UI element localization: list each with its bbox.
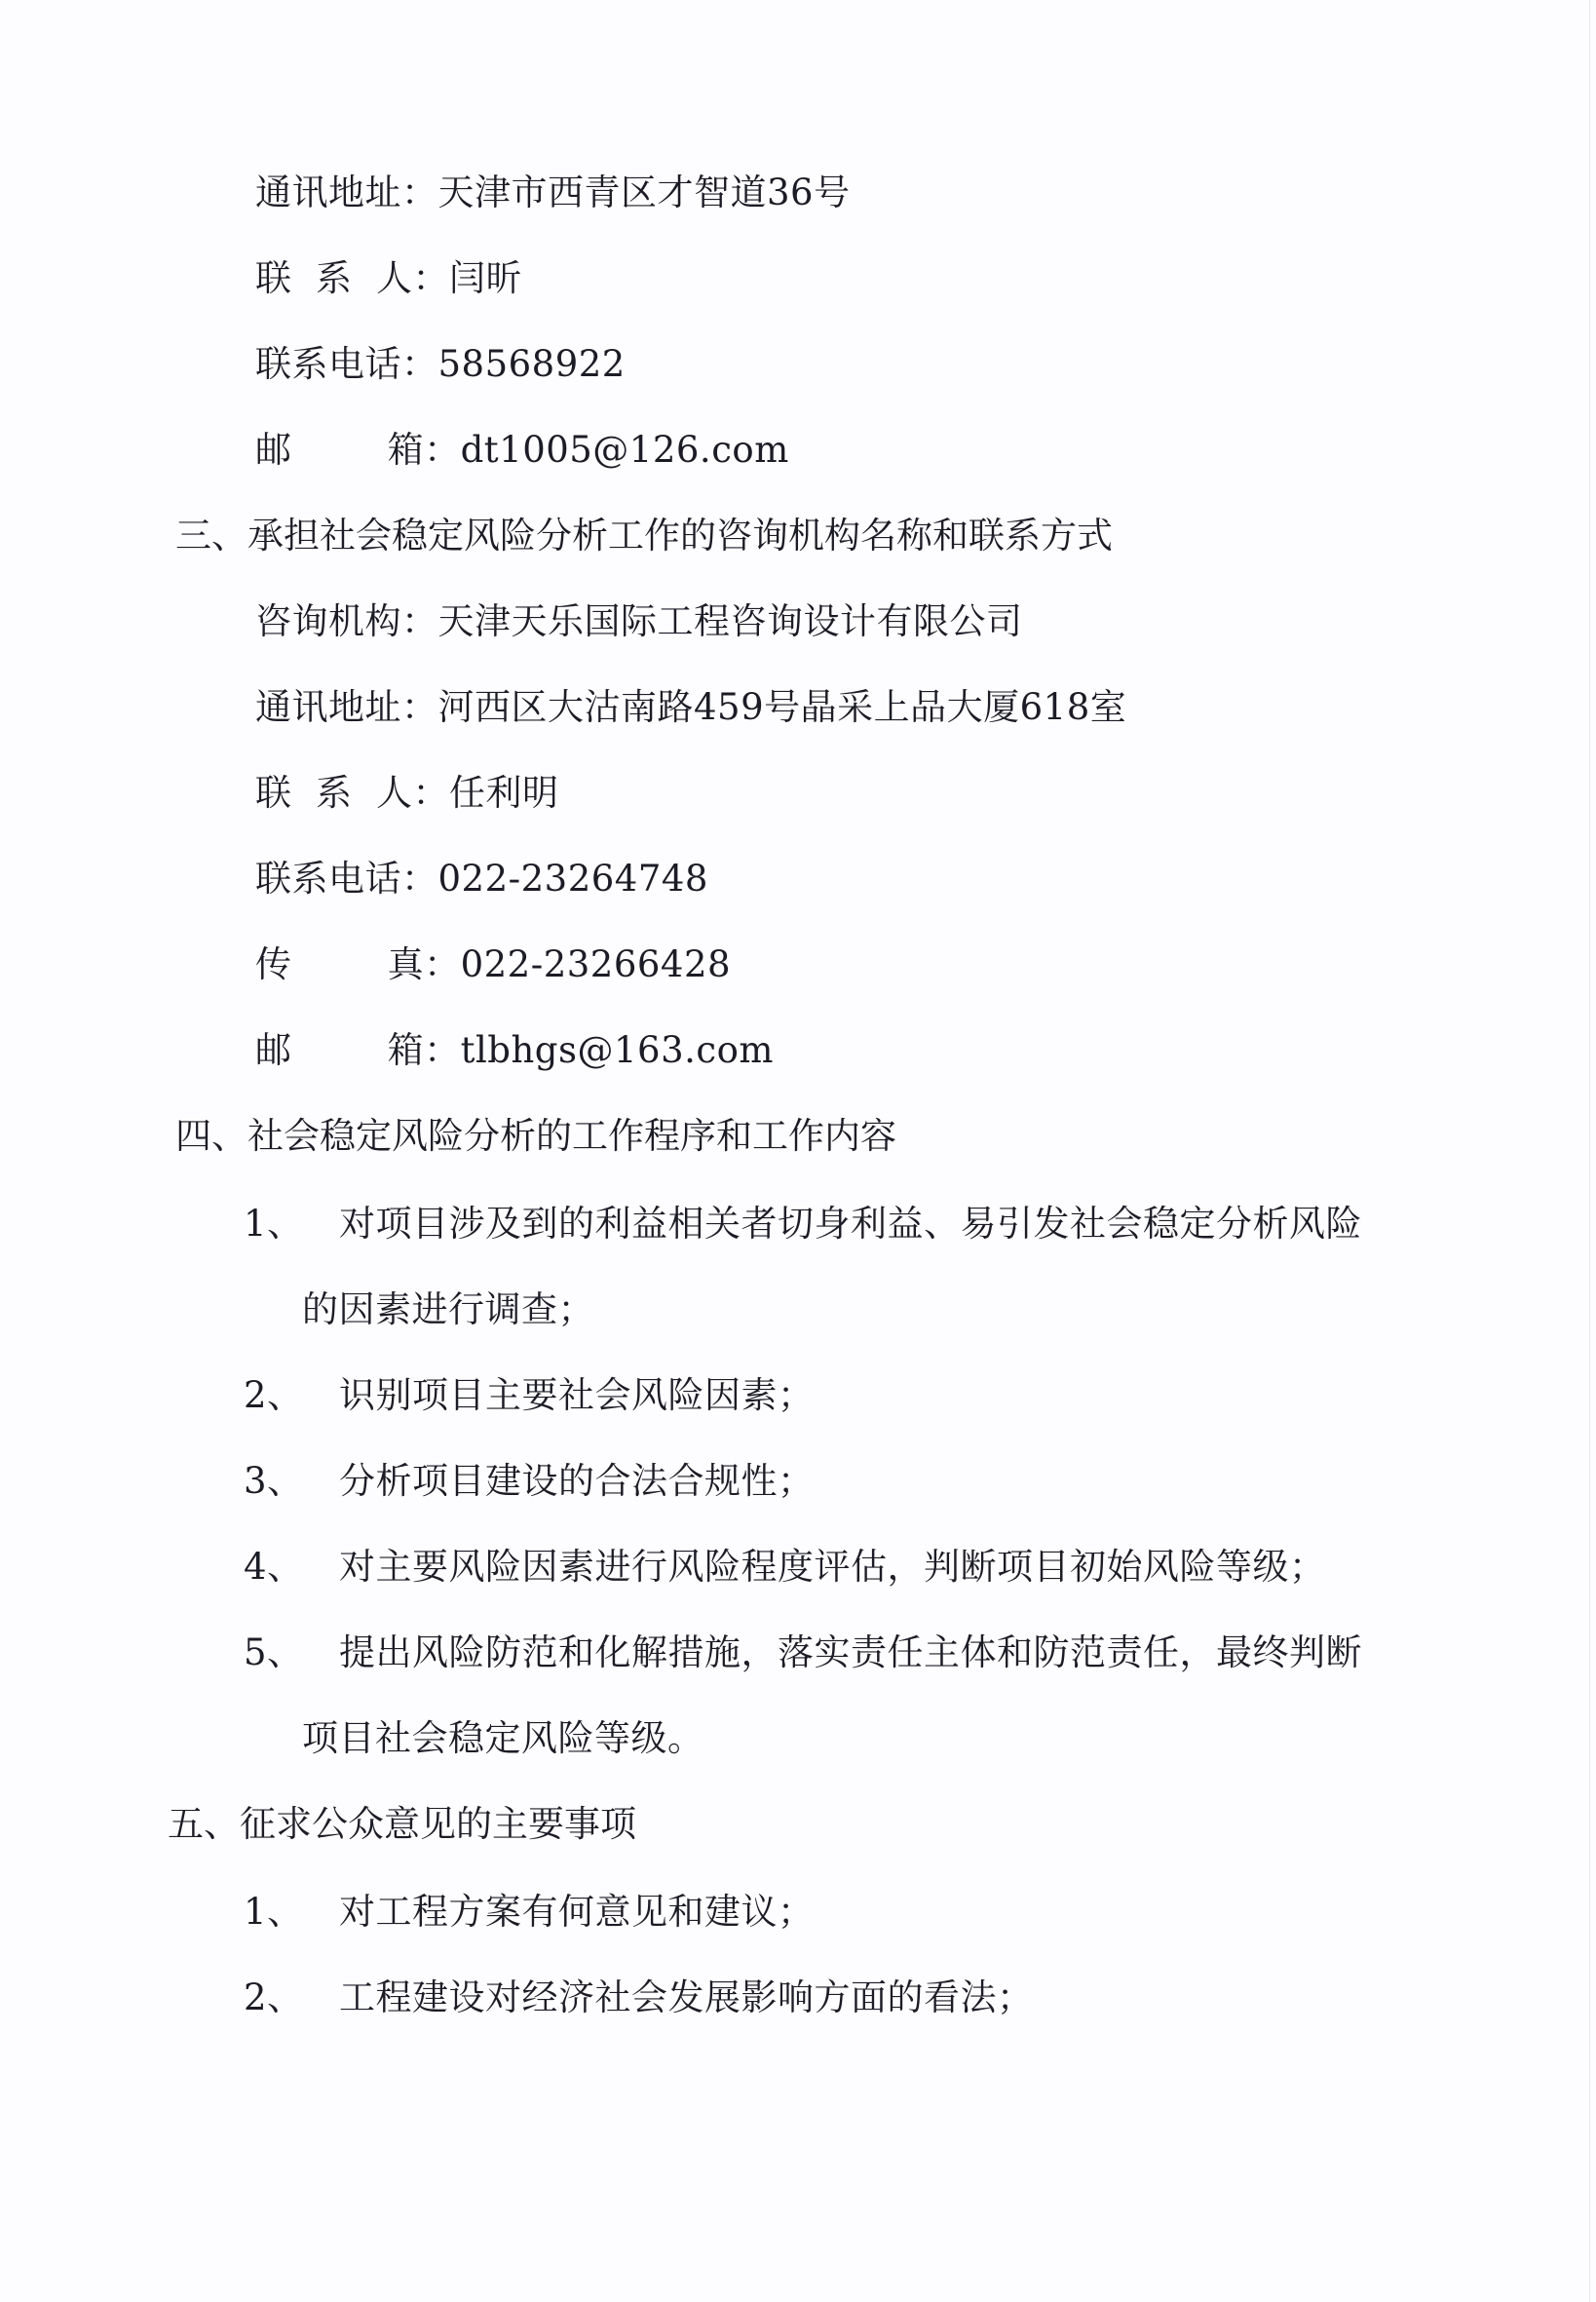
contact-person-label: 联 系 人：	[255, 257, 449, 300]
section-4-item-5-continuation: 项目社会稳定风险等级。	[302, 1717, 704, 1760]
address-line: 通讯地址：天津市西青区才智道36号	[255, 172, 851, 214]
address-label: 通讯地址：	[255, 172, 438, 214]
org-contact-value: 任利明	[449, 772, 559, 814]
item-text: 对项目涉及到的利益相关者切身利益、易引发社会稳定分析风险	[339, 1203, 1362, 1245]
org-phone-label: 联系电话：	[255, 858, 438, 901]
org-fax-line: 传 真：022-23266428	[255, 943, 731, 986]
section-3-heading: 三、承担社会稳定风险分析工作的咨询机构名称和联系方式	[175, 515, 1113, 557]
section-5-item-1: 1、对工程方案有何意见和建议；	[244, 1891, 815, 1934]
section-4-item-3: 3、分析项目建设的合法合规性；	[244, 1460, 815, 1503]
org-line: 咨询机构：天津天乐国际工程咨询设计有限公司	[255, 600, 1023, 643]
email-label: 邮 箱：	[255, 429, 461, 472]
contact-person-value: 闫昕	[449, 257, 522, 299]
email-line: 邮 箱：dt1005@126.com	[255, 429, 789, 472]
item-number: 3、	[244, 1460, 339, 1503]
org-label: 咨询机构：	[255, 600, 438, 643]
item-text: 对工程方案有何意见和建议；	[339, 1891, 815, 1933]
section-4-item-1: 1、对项目涉及到的利益相关者切身利益、易引发社会稳定分析风险	[244, 1203, 1362, 1246]
item-text: 提出风险防范和化解措施，落实责任主体和防范责任，最终判断	[339, 1631, 1362, 1673]
org-email-value: tlbhgs@163.com	[461, 1029, 774, 1071]
scan-edge-line	[1589, 0, 1590, 2302]
address-value: 天津市西青区才智道36号	[438, 172, 851, 213]
phone-value: 58568922	[438, 343, 626, 385]
section-4-item-4: 4、对主要风险因素进行风险程度评估，判断项目初始风险等级；	[244, 1546, 1326, 1589]
item-number: 5、	[244, 1631, 339, 1674]
contact-person-line: 联 系 人：闫昕	[255, 257, 522, 300]
org-phone-value: 022-23264748	[438, 858, 708, 900]
phone-label: 联系电话：	[255, 343, 438, 386]
org-fax-value: 022-23266428	[461, 943, 731, 985]
org-phone-line: 联系电话：022-23264748	[255, 858, 708, 901]
org-address-line: 通讯地址：河西区大沽南路459号晶采上品大厦618室	[255, 686, 1126, 729]
phone-line: 联系电话：58568922	[255, 343, 626, 386]
section-4-heading: 四、社会稳定风险分析的工作程序和工作内容	[175, 1115, 896, 1158]
section-5-item-2: 2、工程建设对经济社会发展影响方面的看法；	[244, 1976, 1034, 2019]
document-page: 通讯地址：天津市西青区才智道36号 联 系 人：闫昕 联系电话：58568922…	[0, 0, 1596, 2302]
item-text: 对主要风险因素进行风险程度评估，判断项目初始风险等级；	[339, 1546, 1326, 1588]
item-text: 识别项目主要社会风险因素；	[339, 1374, 815, 1416]
item-text: 工程建设对经济社会发展影响方面的看法；	[339, 1976, 1034, 2018]
item-text: 分析项目建设的合法合规性；	[339, 1460, 815, 1502]
org-contact-line: 联 系 人：任利明	[255, 772, 559, 815]
item-number: 4、	[244, 1546, 339, 1589]
item-number: 2、	[244, 1374, 339, 1417]
org-address-value: 河西区大沽南路459号晶采上品大厦618室	[438, 686, 1127, 728]
section-4-item-1-continuation: 的因素进行调查；	[302, 1288, 594, 1331]
org-value: 天津天乐国际工程咨询设计有限公司	[438, 600, 1023, 642]
org-contact-label: 联 系 人：	[255, 772, 449, 815]
item-number: 2、	[244, 1976, 339, 2019]
org-address-label: 通讯地址：	[255, 686, 438, 729]
section-5-heading: 五、征求公众意见的主要事项	[168, 1803, 636, 1846]
email-value: dt1005@126.com	[461, 429, 789, 471]
org-fax-label: 传 真：	[255, 943, 461, 986]
section-4-item-2: 2、识别项目主要社会风险因素；	[244, 1374, 815, 1417]
org-email-label: 邮 箱：	[255, 1029, 461, 1072]
item-number: 1、	[244, 1891, 339, 1934]
section-4-item-5: 5、提出风险防范和化解措施，落实责任主体和防范责任，最终判断	[244, 1631, 1362, 1674]
item-number: 1、	[244, 1203, 339, 1246]
org-email-line: 邮 箱：tlbhgs@163.com	[255, 1029, 774, 1072]
